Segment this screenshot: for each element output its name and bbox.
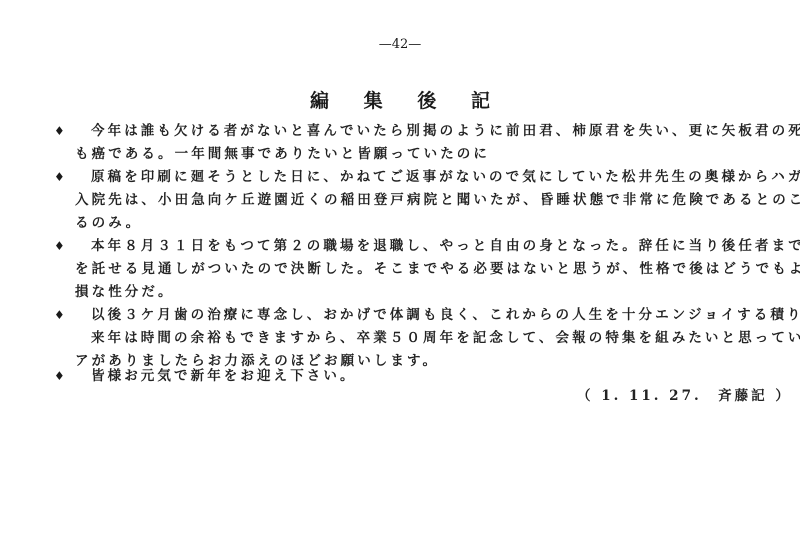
title-char: 後 bbox=[417, 86, 436, 113]
text-line: 原稿を印刷に廻そうとした日に、かねてご返事がないので気にしていた松井先生の奥様か… bbox=[91, 166, 800, 188]
text-line: 本年８月３１日をもつて第２の職場を退職し、やっと自由の身となった。辞任に当り後任… bbox=[91, 235, 800, 257]
text-line: 以後３ケ月歯の治療に専念し、おかげで体調も良く、これからの人生を十分エンジョイす… bbox=[91, 304, 800, 326]
title-char: 編 bbox=[310, 86, 329, 113]
text-line: 今年は誰も欠ける者がないと喜んでいたら別掲のように前田君、柿原君を失い、更に矢板… bbox=[91, 120, 800, 142]
text-line: も癌である。一年間無事でありたいと皆願っていたのに bbox=[75, 143, 490, 165]
title-char: 集 bbox=[364, 86, 383, 113]
diamond-bullet-icon: ♦ bbox=[54, 120, 65, 142]
text-line: るのみ。 bbox=[75, 212, 142, 234]
diamond-bullet-icon: ♦ bbox=[54, 166, 65, 188]
signature: （ 1. 11. 27. 斉藤記 ） bbox=[577, 385, 792, 407]
diamond-bullet-icon: ♦ bbox=[54, 304, 65, 326]
page-number: —42— bbox=[0, 37, 800, 52]
page-title: 編 集 後 記 bbox=[310, 86, 490, 113]
text-line: 皆様お元気で新年をお迎え下さい。 bbox=[91, 365, 357, 387]
text-line: を託せる見通しがついたので決断した。そこまでやる必要はないと思うが、性格で後はど… bbox=[75, 258, 800, 280]
text-line: 入院先は、小田急向ケ丘遊園近くの稲田登戸病院と聞いたが、昏睡状態で非常に危険であ… bbox=[75, 189, 800, 211]
text-line: 損な性分だ。 bbox=[75, 281, 175, 303]
diamond-bullet-icon: ♦ bbox=[54, 235, 65, 257]
text-line: 来年は時間の余裕もできますから、卒業５０周年を記念して、会報の特集を組みたいと思… bbox=[91, 327, 800, 349]
title-char: 記 bbox=[471, 86, 490, 113]
diamond-bullet-icon: ♦ bbox=[54, 365, 65, 387]
